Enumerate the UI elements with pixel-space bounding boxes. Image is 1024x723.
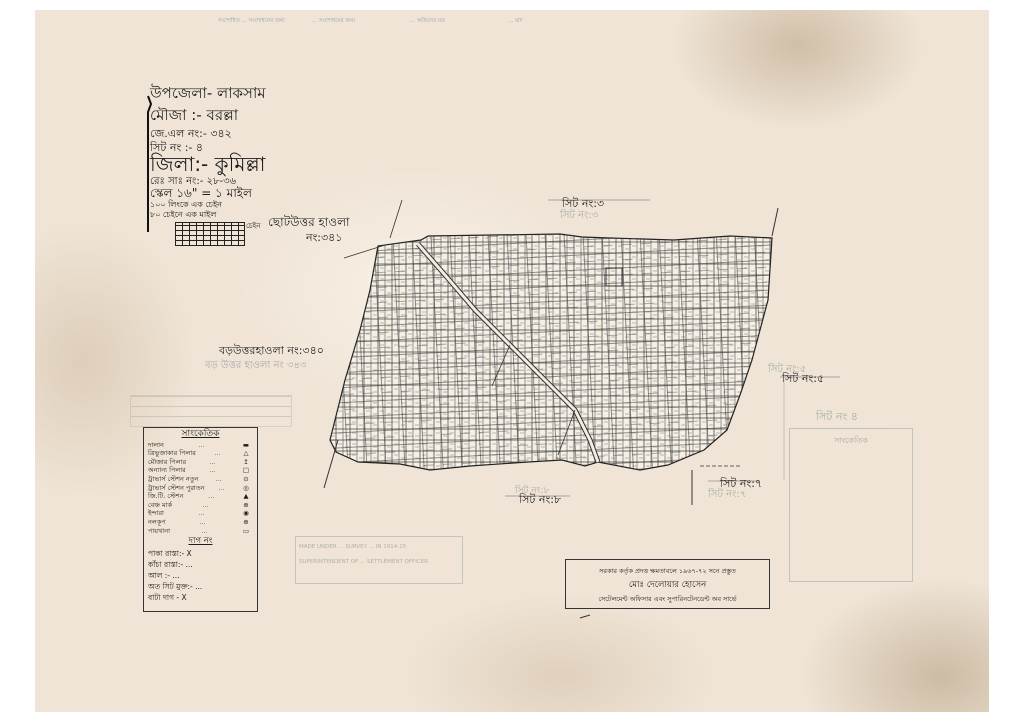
legend-line: অত সিট মুক্ত:- ... bbox=[148, 581, 253, 592]
legend-row: জি.টি. স্টেশন...▲ bbox=[148, 492, 253, 501]
faint-survey-box: MADE UNDER ... SURVEY ... IN 1914-15 SUP… bbox=[295, 536, 463, 584]
credit-line: সরকার কর্তৃক প্রদত্ত ক্ষমতাবলে ১৯৬৭-৭২ স… bbox=[566, 564, 769, 578]
legend-title: সাংকেতিক bbox=[148, 430, 253, 439]
mouza-pillar-icon: ↥ bbox=[239, 458, 253, 467]
gt-station-icon: ▲ bbox=[239, 492, 253, 501]
adjacent-sheet-label-faint: সিট নং ৪ bbox=[816, 408, 858, 427]
legend-line: আল :- ... bbox=[148, 570, 253, 581]
mouza-parcel-map bbox=[0, 0, 1024, 723]
legend-line: পাকা রাস্তা:- X bbox=[148, 548, 253, 559]
latrine-icon: ▭ bbox=[239, 527, 253, 536]
legend-box: সাংকেতিক দালান...▬ ত্রিভুজাকার পিলার...△… bbox=[143, 427, 258, 612]
legend-row: পায়খানা...▭ bbox=[148, 527, 253, 536]
legend-row: ট্রাভার্স স্টেশন নতুন...⊙ bbox=[148, 475, 253, 484]
legend-row: দালান...▬ bbox=[148, 441, 253, 450]
legend-row: ইন্দারা...◉ bbox=[148, 509, 253, 518]
adjacent-sheet-label-faint: সিট নং:৭ bbox=[708, 487, 746, 504]
faint-legend-box: সাংকেতিক bbox=[789, 428, 913, 582]
legend-row: মৌজার পিলার...↥ bbox=[148, 458, 253, 467]
legend-row: ত্রিভুজাকার পিলার...△ bbox=[148, 449, 253, 458]
legend-row: ট্রাভার্স স্টেশন পুরাতন...◎ bbox=[148, 484, 253, 493]
legend-row: অন্যান্য পিলার...□ bbox=[148, 466, 253, 475]
officer-name: মোঃ দেলোয়ার হোসেন bbox=[566, 578, 769, 592]
neighbor-mouza-number: নং:৩৪১ bbox=[306, 229, 342, 248]
faint-survey-line: MADE UNDER ... SURVEY ... IN 1914-15 bbox=[299, 540, 459, 555]
title-side-marker bbox=[148, 96, 151, 232]
traverse-station-old-icon: ◎ bbox=[239, 484, 253, 493]
credit-box: সরকার কর্তৃক প্রদত্ত ক্ষমতাবলে ১৯৬৭-৭২ স… bbox=[565, 559, 770, 609]
tubewell-icon: ⊕ bbox=[239, 518, 253, 527]
adjacent-sheet-label: সিট নং:৮ bbox=[519, 491, 561, 510]
building-icon: ▬ bbox=[239, 441, 253, 450]
other-pillar-icon: □ bbox=[239, 466, 253, 475]
neighbor-mouza-label-faint: বড় উত্তর হাওলা নং ৩৪৩ bbox=[205, 358, 307, 375]
traverse-station-new-icon: ⊙ bbox=[239, 475, 253, 484]
adjacent-sheet-label: সিট নং:৫ bbox=[782, 370, 824, 389]
legend-line: কাঁচা রাস্তা:- ... bbox=[148, 559, 253, 570]
legend-subtitle: দাগ নং bbox=[148, 537, 253, 546]
adjacent-sheet-label-faint: সিট নং:৩ bbox=[560, 208, 598, 225]
triangulation-pillar-icon: △ bbox=[239, 449, 253, 458]
legend-line: বাটা দাগ - X bbox=[148, 592, 253, 603]
bench-mark-icon: ⊕ bbox=[239, 501, 253, 510]
credit-line: সেটেলমেন্ট অফিসার এবং সুপারিনটেনডেন্ট অব… bbox=[566, 592, 769, 606]
legend-row: নলকূপ...⊕ bbox=[148, 518, 253, 527]
well-icon: ◉ bbox=[239, 509, 253, 518]
faint-legend-title: সাংকেতিক bbox=[790, 435, 912, 448]
faint-survey-line: SUPERINTENDENT OF ... SETTLEMENT OFFICER bbox=[299, 555, 459, 570]
legend-row: বেঞ্চ মার্ক...⊕ bbox=[148, 501, 253, 510]
